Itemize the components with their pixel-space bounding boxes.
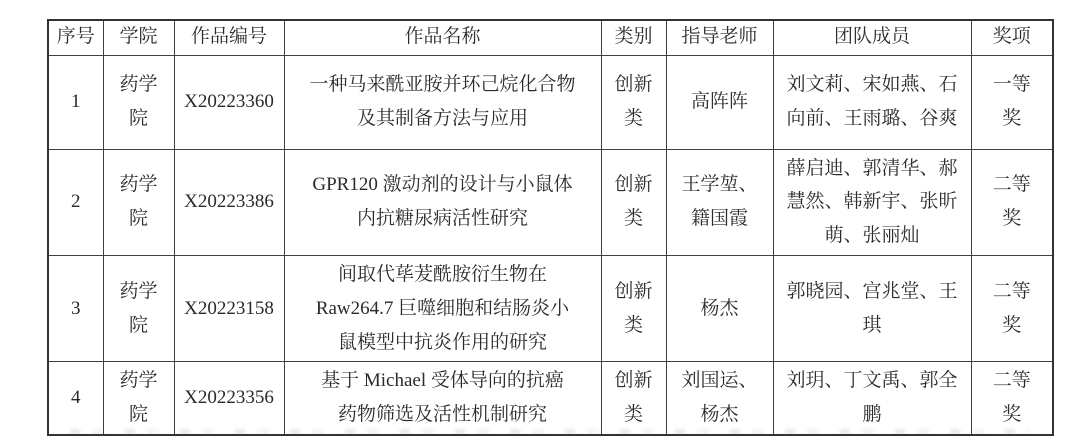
- header-title: 作品名称: [284, 20, 601, 55]
- cell-index: 2: [48, 149, 103, 255]
- cell-work-id: X20223356: [174, 362, 284, 435]
- header-advisor: 指导老师: [666, 20, 773, 55]
- cell-title: 间取代荜茇酰胺衍生物在 Raw264.7 巨噬细胞和结肠炎小 鼠模型中抗炎作用的…: [284, 255, 601, 361]
- cell-members: 刘玥、丁文禹、郭全 鹏: [773, 362, 971, 435]
- cell-advisor: 杨杰: [666, 255, 773, 361]
- cell-title: 一种马来酰亚胺并环己烷化合物 及其制备方法与应用: [284, 55, 601, 149]
- cell-work-id: X20223386: [174, 149, 284, 255]
- cell-category: 创新 类: [601, 149, 666, 255]
- cell-index: 1: [48, 55, 103, 149]
- cell-college: 药学 院: [103, 149, 174, 255]
- header-award: 奖项: [971, 20, 1053, 55]
- cell-index: 3: [48, 255, 103, 361]
- document-page: 序号 学院 作品编号 作品名称 类别 指导老师 团队成员 奖项 1 药学 院 X…: [0, 0, 1080, 437]
- header-index: 序号: [48, 20, 103, 55]
- table-row: 4 药学 院 X20223356 基于 Michael 受体导向的抗癌 药物筛选…: [48, 362, 1053, 435]
- cell-award: 二等 奖: [971, 255, 1053, 361]
- awards-table: 序号 学院 作品编号 作品名称 类别 指导老师 团队成员 奖项 1 药学 院 X…: [47, 19, 1054, 436]
- cell-award: 二等 奖: [971, 362, 1053, 435]
- cell-members: 薛启迪、郭清华、郝 慧然、韩新宇、张昕 萌、张丽灿: [773, 149, 971, 255]
- table-row: 2 药学 院 X20223386 GPR120 激动剂的设计与小鼠体 内抗糖尿病…: [48, 149, 1053, 255]
- cell-title: 基于 Michael 受体导向的抗癌 药物筛选及活性机制研究: [284, 362, 601, 435]
- cutoff-text-artifact: [70, 429, 1030, 435]
- header-work-id: 作品编号: [174, 20, 284, 55]
- cell-title: GPR120 激动剂的设计与小鼠体 内抗糖尿病活性研究: [284, 149, 601, 255]
- cell-members: 刘文莉、宋如燕、石 向前、王雨璐、谷爽: [773, 55, 971, 149]
- cell-college: 药学 院: [103, 255, 174, 361]
- cell-advisor: 王学堃、 籍国霞: [666, 149, 773, 255]
- cell-advisor: 高阵阵: [666, 55, 773, 149]
- table-row: 3 药学 院 X20223158 间取代荜茇酰胺衍生物在 Raw264.7 巨噬…: [48, 255, 1053, 361]
- header-category: 类别: [601, 20, 666, 55]
- table-header-row: 序号 学院 作品编号 作品名称 类别 指导老师 团队成员 奖项: [48, 20, 1053, 55]
- cell-award: 二等 奖: [971, 149, 1053, 255]
- cell-college: 药学 院: [103, 362, 174, 435]
- table-row: 1 药学 院 X20223360 一种马来酰亚胺并环己烷化合物 及其制备方法与应…: [48, 55, 1053, 149]
- cell-advisor: 刘国运、 杨杰: [666, 362, 773, 435]
- header-members: 团队成员: [773, 20, 971, 55]
- cell-members: 郭晓园、宫兆堂、王 琪: [773, 255, 971, 361]
- cell-award: 一等 奖: [971, 55, 1053, 149]
- cell-category: 创新 类: [601, 362, 666, 435]
- cell-work-id: X20223158: [174, 255, 284, 361]
- cell-college: 药学 院: [103, 55, 174, 149]
- cell-work-id: X20223360: [174, 55, 284, 149]
- cell-category: 创新 类: [601, 55, 666, 149]
- cell-index: 4: [48, 362, 103, 435]
- cell-category: 创新 类: [601, 255, 666, 361]
- header-college: 学院: [103, 20, 174, 55]
